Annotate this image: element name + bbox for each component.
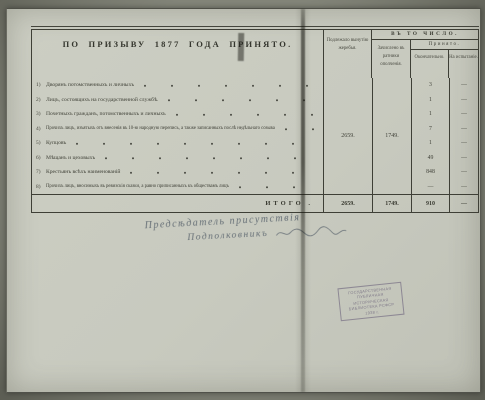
signature-flourish (274, 223, 349, 241)
col-header-podlezhalo: Подлежало вынутію жеребья. (323, 30, 371, 78)
merged-cell-podlezhalo: 2659. (323, 78, 372, 194)
dot-leader (105, 151, 315, 166)
label-column: 1) Дворянъ потомственныхъ и личныхъ 2) Л… (32, 78, 323, 194)
column-okonchatelno: 3 1 1 7 1 49 848 — (411, 78, 449, 194)
row-label: Почетныхъ гражданъ, потомственныхъ и лич… (46, 111, 166, 117)
row-label: Прочихъ лицъ, изъятыхъ отъ внесенія въ 1… (46, 126, 275, 131)
cell-okonchatelno: 848 (412, 165, 449, 180)
merged-cell-zachisleno: 1749. (372, 78, 411, 194)
title-cell: ПО ПРИЗЫВУ 1877 ГОДА ПРИНЯТО. (32, 30, 323, 78)
row-label: Крестьянъ всѣхъ наименованій (46, 169, 120, 175)
group-header-prinyato: Принято. (411, 40, 478, 50)
cell-na-ispytanie: — (450, 78, 478, 93)
dot-leader (168, 93, 315, 108)
cell-na-ispytanie: — (450, 151, 478, 166)
total-okonchatelno: 910 (411, 195, 449, 212)
col-group-v-to-chislo: ВЪ ТО ЧИСЛО. Зачислено въ ратники ополче… (371, 30, 478, 78)
cell-okonchatelno: — (412, 180, 449, 195)
dot-leader (239, 180, 315, 195)
cell-okonchatelno: 1 (412, 93, 449, 108)
total-label: ИТОГО . (32, 195, 323, 212)
conscription-table: ПО ПРИЗЫВУ 1877 ГОДА ПРИНЯТО. Подлежало … (31, 29, 479, 213)
row-label: Прочихъ лицъ, вносимыхъ въ ревизскія ска… (46, 184, 229, 189)
dot-leader (176, 107, 315, 122)
cell-okonchatelno: 3 (412, 78, 449, 93)
group-header-v-to-chislo: ВЪ ТО ЧИСЛО. (372, 30, 478, 40)
total-na-ispytanie: — (449, 195, 478, 212)
row-label: Мѣщанъ и цеховыхъ (46, 155, 95, 161)
cell-na-ispytanie: — (450, 122, 478, 137)
cell-na-ispytanie: — (450, 107, 478, 122)
table-row: 7) Крестьянъ всѣхъ наименованій (32, 165, 323, 180)
cell-na-ispytanie: — (450, 136, 478, 151)
prinyato-subcols: Окончательно. На испытаніе. (411, 50, 478, 78)
row-label: Купцовъ (46, 140, 66, 146)
cell-na-ispytanie: — (450, 165, 478, 180)
row-number: 6) (36, 155, 46, 161)
row-label: Лицъ, состоящихъ на государственной служ… (46, 97, 158, 103)
table-row: 5) Купцовъ (32, 136, 323, 151)
ledger-page: ПО ПРИЗЫВУ 1877 ГОДА ПРИНЯТО. Подлежало … (6, 8, 481, 393)
cell-okonchatelno: 1 (412, 107, 449, 122)
row-number: 5) (36, 140, 46, 146)
table-row: 3) Почетныхъ гражданъ, потомственныхъ и … (32, 107, 323, 122)
row-number: 1) (36, 82, 46, 88)
table-header: ПО ПРИЗЫВУ 1877 ГОДА ПРИНЯТО. Подлежало … (32, 30, 478, 78)
total-row: ИТОГО . 2659. 1749. 910 — (32, 194, 478, 212)
cell-okonchatelno: 49 (412, 151, 449, 166)
cell-okonchatelno: 1 (412, 136, 449, 151)
col-header-okonchatelno: Окончательно. (411, 50, 448, 78)
table-row: 4) Прочихъ лицъ, изъятыхъ отъ внесенія в… (32, 122, 323, 137)
dot-leader (76, 136, 315, 151)
col-group-prinyato: Принято. Окончательно. На испытаніе. (410, 40, 478, 78)
total-podlezhalo: 2659. (323, 195, 372, 212)
row-number: 7) (36, 169, 46, 175)
dot-leader (130, 165, 315, 180)
row-number: 8) (36, 184, 46, 190)
library-stamp: ГОСУДАРСТВЕННАЯ ПУБЛИЧНАЯ ИСТОРИЧЕСКАЯ Б… (337, 282, 404, 322)
cell-okonchatelno: 7 (412, 122, 449, 137)
table-row: 1) Дворянъ потомственныхъ и личныхъ (32, 78, 323, 93)
table-row: 2) Лицъ, состоящихъ на государственной с… (32, 93, 323, 108)
total-zachisleno: 1749. (372, 195, 411, 212)
row-number: 2) (36, 97, 46, 103)
photo-background: ПО ПРИЗЫВУ 1877 ГОДА ПРИНЯТО. Подлежало … (0, 0, 485, 400)
cell-na-ispytanie: — (450, 93, 478, 108)
col-header-zachisleno: Зачислено въ ратники ополченія. (372, 40, 410, 78)
table-row: 8) Прочихъ лицъ, вносимыхъ въ ревизскія … (32, 180, 323, 195)
table-row: 6) Мѣщанъ и цеховыхъ (32, 151, 323, 166)
cell-na-ispytanie: — (450, 180, 478, 195)
handwritten-signatures: Предсѣдатель присутствія Подполковникъ (144, 210, 348, 248)
handwriting-rank-text: Подполковникъ (187, 229, 268, 243)
row-number: 3) (36, 111, 46, 117)
row-label: Дворянъ потомственныхъ и личныхъ (46, 82, 134, 88)
dot-leader (285, 122, 315, 137)
group-body: Зачислено въ ратники ополченія. Принято.… (372, 40, 478, 78)
row-number: 4) (36, 126, 46, 132)
table-body: 1) Дворянъ потомственныхъ и личныхъ 2) Л… (32, 78, 478, 194)
col-header-na-ispytanie: На испытаніе. (448, 50, 478, 78)
dot-leader (144, 78, 315, 93)
column-na-ispytanie: — — — — — — — — (449, 78, 478, 194)
page-title: ПО ПРИЗЫВУ 1877 ГОДА ПРИНЯТО. (63, 39, 293, 49)
scanned-ledger-photo: { "colors": { "paper": "#c9cbc0", "ink":… (0, 0, 485, 400)
